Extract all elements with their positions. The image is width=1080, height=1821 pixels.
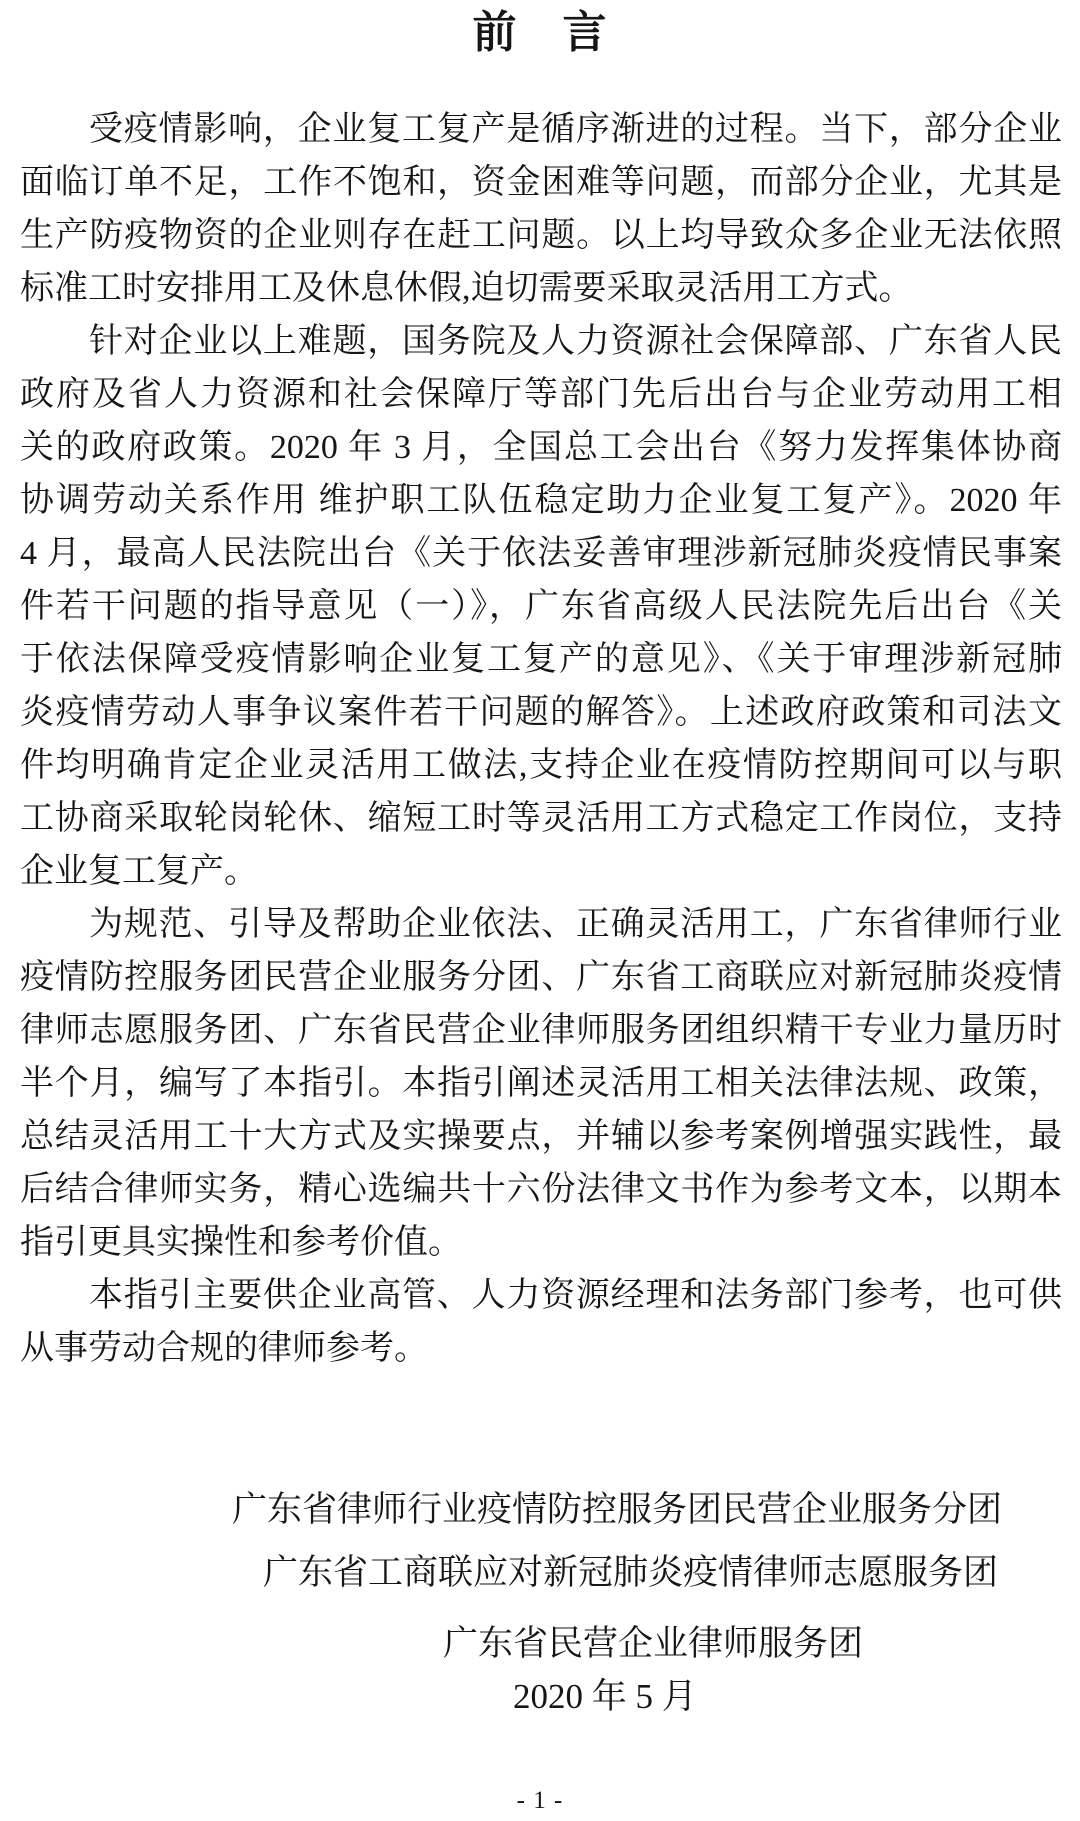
body-line: 总结灵活用工十大方式及实操要点，并辅以参考案例增强实践性，最 bbox=[20, 1110, 1062, 1163]
signature-org-2: 广东省工商联应对新冠肺炎疫情律师志愿服务团 bbox=[263, 1551, 998, 1595]
paragraph: 本指引主要供企业高管、人力资源经理和法务部门参考，也可供 从事劳动合规的律师参考… bbox=[20, 1269, 1062, 1375]
body-line: 从事劳动合规的律师参考。 bbox=[20, 1322, 1062, 1375]
body-line: 半个月，编写了本指引。本指引阐述灵活用工相关法律法规、政策， bbox=[20, 1057, 1062, 1110]
body-line: 关的政府政策。2020 年 3 月，全国总工会出台《努力发挥集体协商 bbox=[20, 421, 1062, 474]
body-line: 于依法保障受疫情影响企业复工复产的意见》、《关于审理涉新冠肺 bbox=[20, 633, 1062, 686]
body-line: 律师志愿服务团、广东省民营企业律师服务团组织精干专业力量历时 bbox=[20, 1004, 1062, 1057]
paragraph: 受疫情影响，企业复工复产是循序渐进的过程。当下，部分企业 面临订单不足，工作不饱… bbox=[20, 103, 1062, 315]
body-line: 炎疫情劳动人事争议案件若干问题的解答》。上述政府政策和司法文 bbox=[20, 686, 1062, 739]
page-title: 前 言 bbox=[0, 4, 1080, 62]
body-line: 面临订单不足，工作不饱和，资金困难等问题，而部分企业，尤其是 bbox=[20, 156, 1062, 209]
body-line: 企业复工复产。 bbox=[20, 845, 1062, 898]
body-line: 件若干问题的指导意见（一）》，广东省高级人民法院先后出台《关 bbox=[20, 580, 1062, 633]
body-line: 工协商采取轮岗轮休、缩短工时等灵活用工方式稳定工作岗位，支持 bbox=[20, 792, 1062, 845]
body-line: 4 月，最高人民法院出台《关于依法妥善审理涉新冠肺炎疫情民事案 bbox=[20, 527, 1062, 580]
document-page: 前 言 受疫情影响，企业复工复产是循序渐进的过程。当下，部分企业 面临订单不足，… bbox=[0, 0, 1080, 1821]
body-line: 生产防疫物资的企业则存在赶工问题。以上均导致众多企业无法依照 bbox=[20, 209, 1062, 262]
body-line: 件均明确肯定企业灵活用工做法,支持企业在疫情防控期间可以与职 bbox=[20, 739, 1062, 792]
body-line: 受疫情影响，企业复工复产是循序渐进的过程。当下，部分企业 bbox=[20, 103, 1062, 156]
body-line: 协调劳动关系作用 维护职工队伍稳定助力企业复工复产》。2020 年 bbox=[20, 474, 1062, 527]
paragraph: 针对企业以上难题，国务院及人力资源社会保障部、广东省人民 政府及省人力资源和社会… bbox=[20, 315, 1062, 898]
paragraph: 为规范、引导及帮助企业依法、正确灵活用工，广东省律师行业 疫情防控服务团民营企业… bbox=[20, 898, 1062, 1269]
document-body: 受疫情影响，企业复工复产是循序渐进的过程。当下，部分企业 面临订单不足，工作不饱… bbox=[20, 103, 1062, 1375]
body-line: 政府及省人力资源和社会保障厅等部门先后出台与企业劳动用工相 bbox=[20, 368, 1062, 421]
body-line: 针对企业以上难题，国务院及人力资源社会保障部、广东省人民 bbox=[20, 315, 1062, 368]
body-line: 本指引主要供企业高管、人力资源经理和法务部门参考，也可供 bbox=[20, 1269, 1062, 1322]
body-line: 疫情防控服务团民营企业服务分团、广东省工商联应对新冠肺炎疫情 bbox=[20, 951, 1062, 1004]
body-line: 为规范、引导及帮助企业依法、正确灵活用工，广东省律师行业 bbox=[20, 898, 1062, 951]
signature-org-1: 广东省律师行业疫情防控服务团民营企业服务分团 bbox=[232, 1488, 1002, 1532]
signature-org-3: 广东省民营企业律师服务团 bbox=[443, 1622, 863, 1666]
body-line: 后结合律师实务，精心选编共十六份法律文书作为参考文本，以期本 bbox=[20, 1163, 1062, 1216]
body-line: 标准工时安排用工及休息休假,迫切需要采取灵活用工方式。 bbox=[20, 262, 1062, 315]
signature-date: 2020 年 5 月 bbox=[513, 1675, 697, 1719]
page-number: - 1 - bbox=[0, 1786, 1080, 1816]
body-line: 指引更具实操性和参考价值。 bbox=[20, 1216, 1062, 1269]
